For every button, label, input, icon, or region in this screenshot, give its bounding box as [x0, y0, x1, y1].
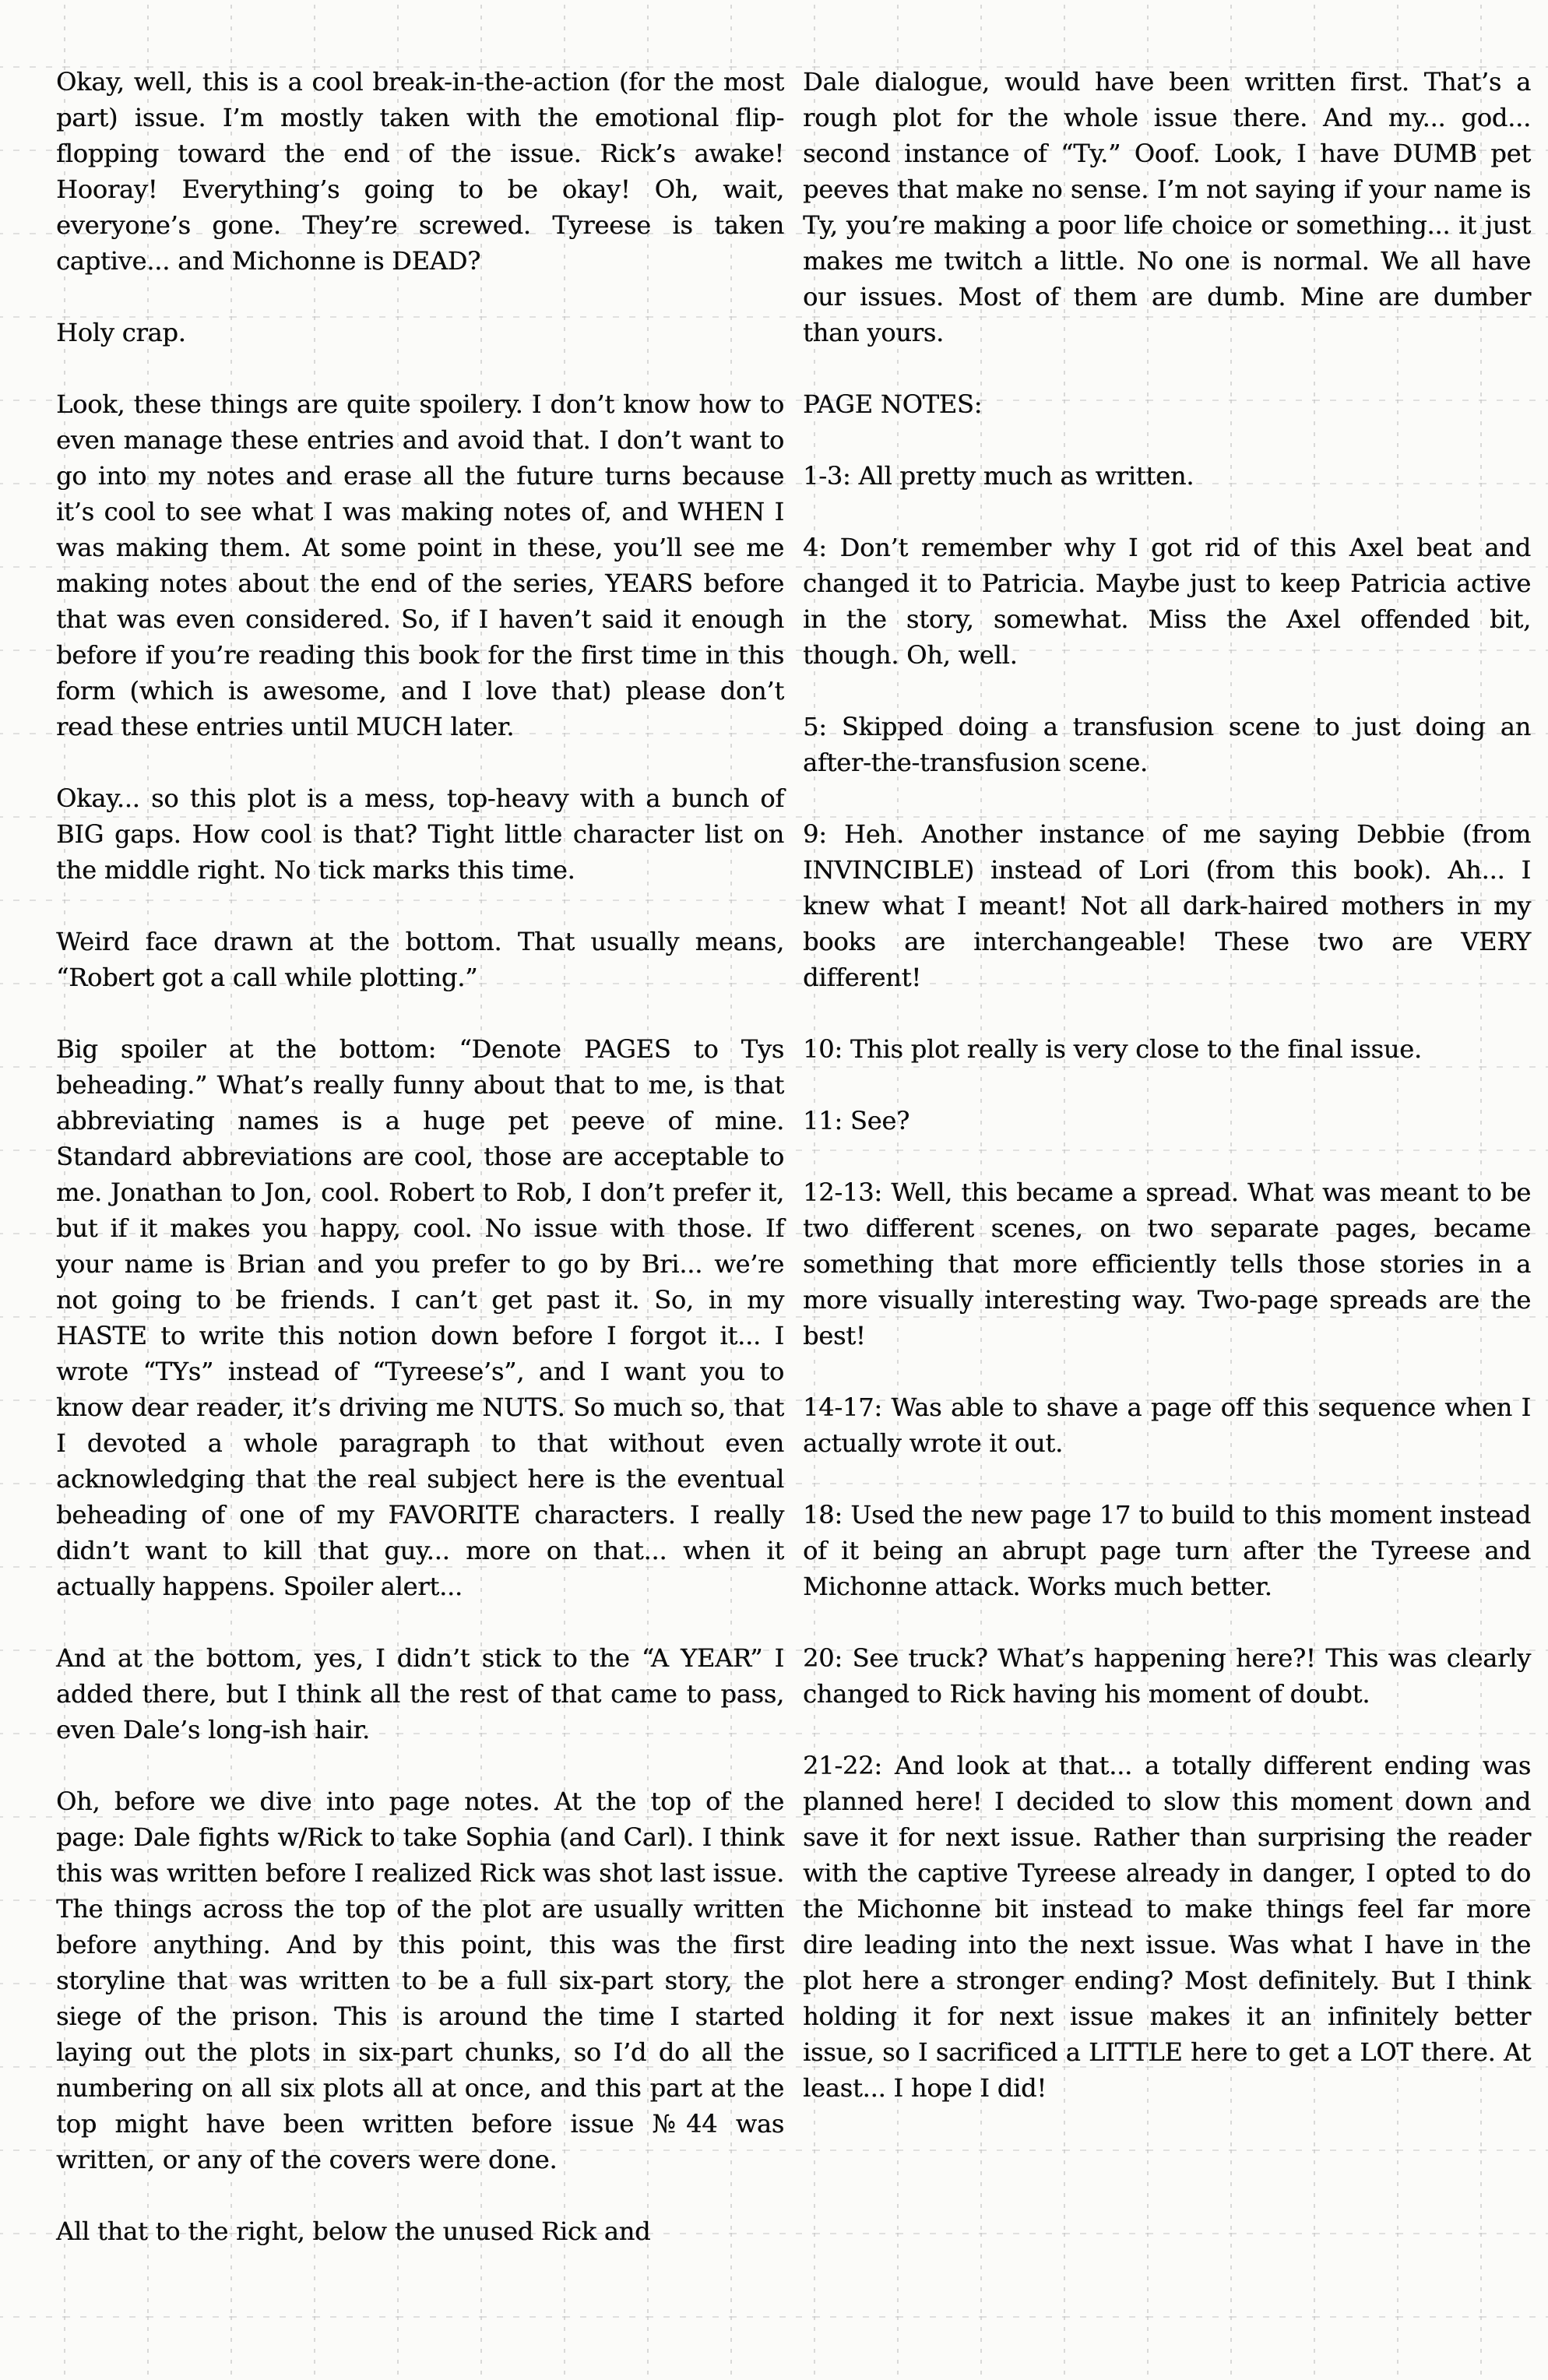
page-note: 5: Skipped doing a transfusion scene to …	[803, 709, 1531, 780]
page-note: 14-17: Was able to shave a page off this…	[803, 1389, 1531, 1461]
page-note: 4: Don’t remember why I got rid of this …	[803, 530, 1531, 673]
notebook-page: Okay, well, this is a cool break-in-the-…	[0, 0, 1548, 2249]
paragraph: Okay, well, this is a cool break-in-the-…	[56, 64, 784, 279]
paragraph: Holy crap.	[56, 315, 784, 350]
page-note: 10: This plot really is very close to th…	[803, 1031, 1531, 1067]
left-column: Okay, well, this is a cool break-in-the-…	[56, 64, 784, 2249]
paragraph: Dale dialogue, would have been written f…	[803, 64, 1531, 350]
paragraph: All that to the right, below the unused …	[56, 2213, 784, 2249]
page-note: 9: Heh. Another instance of me saying De…	[803, 816, 1531, 995]
right-column: Dale dialogue, would have been written f…	[803, 64, 1531, 2249]
paragraph: Okay... so this plot is a mess, top-heav…	[56, 780, 784, 888]
paragraph: Oh, before we dive into page notes. At t…	[56, 1783, 784, 2178]
page-note: 1-3: All pretty much as written.	[803, 458, 1531, 494]
page-note: 12-13: Well, this became a spread. What …	[803, 1174, 1531, 1354]
two-column-text: Okay, well, this is a cool break-in-the-…	[0, 0, 1548, 2249]
page-note: 11: See?	[803, 1103, 1531, 1139]
page-notes-heading: PAGE NOTES:	[803, 386, 1531, 422]
paragraph: Look, these things are quite spoilery. I…	[56, 386, 784, 745]
page-note: 21-22: And look at that... a totally dif…	[803, 1748, 1531, 2106]
page-note: 20: See truck? What’s happening here?! T…	[803, 1640, 1531, 1712]
paragraph: Weird face drawn at the bottom. That usu…	[56, 924, 784, 995]
paragraph: Big spoiler at the bottom: “Denote PAGES…	[56, 1031, 784, 1604]
paragraph: And at the bottom, yes, I didn’t stick t…	[56, 1640, 784, 1748]
page-note: 18: Used the new page 17 to build to thi…	[803, 1497, 1531, 1604]
